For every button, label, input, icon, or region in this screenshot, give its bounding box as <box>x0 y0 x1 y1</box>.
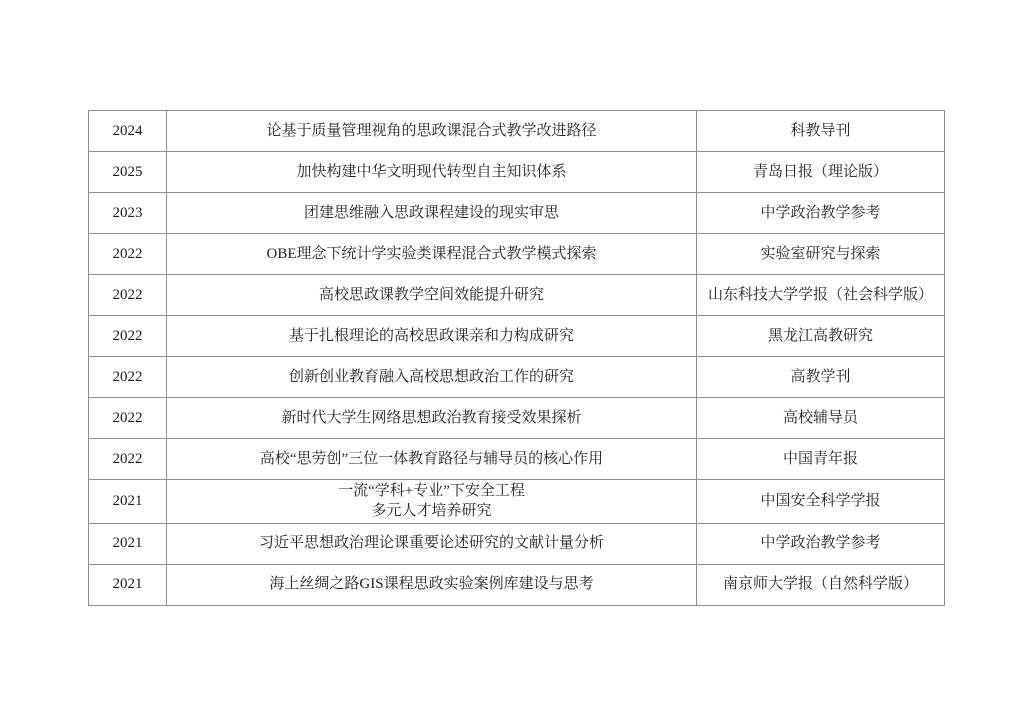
title-cell: 一流“学科+专业”下安全工程 多元人才培养研究 <box>167 480 697 524</box>
title-cell: 加快构建中华文明现代转型自主知识体系 <box>167 152 697 193</box>
table-row: 2022 高校“思劳创”三位一体教育路径与辅导员的核心作用 中国青年报 <box>89 439 945 480</box>
publications-table: 2024 论基于质量管理视角的思政课混合式教学改进路径 科教导刊 2025 加快… <box>88 110 945 606</box>
table-row: 2025 加快构建中华文明现代转型自主知识体系 青岛日报（理论版） <box>89 152 945 193</box>
year-cell: 2022 <box>89 234 167 275</box>
journal-cell: 南京师大学报（自然科学版） <box>697 564 945 605</box>
table-row: 2024 论基于质量管理视角的思政课混合式教学改进路径 科教导刊 <box>89 111 945 152</box>
journal-cell: 高教学刊 <box>697 357 945 398</box>
year-cell: 2025 <box>89 152 167 193</box>
table-body: 2024 论基于质量管理视角的思政课混合式教学改进路径 科教导刊 2025 加快… <box>89 111 945 606</box>
journal-cell: 中国安全科学学报 <box>697 480 945 524</box>
table-row: 2022 创新创业教育融入高校思想政治工作的研究 高教学刊 <box>89 357 945 398</box>
year-cell: 2021 <box>89 523 167 564</box>
table-row: 2022 新时代大学生网络思想政治教育接受效果探析 高校辅导员 <box>89 398 945 439</box>
year-cell: 2022 <box>89 439 167 480</box>
title-cell: 海上丝绸之路GIS课程思政实验案例库建设与思考 <box>167 564 697 605</box>
journal-cell: 科教导刊 <box>697 111 945 152</box>
publications-table-container: 2024 论基于质量管理视角的思政课混合式教学改进路径 科教导刊 2025 加快… <box>88 110 945 606</box>
journal-cell: 中国青年报 <box>697 439 945 480</box>
journal-cell: 黑龙江高教研究 <box>697 316 945 357</box>
year-cell: 2021 <box>89 564 167 605</box>
title-cell: 创新创业教育融入高校思想政治工作的研究 <box>167 357 697 398</box>
table-row: 2021 习近平思想政治理论课重要论述研究的文献计量分析 中学政治教学参考 <box>89 523 945 564</box>
journal-cell: 高校辅导员 <box>697 398 945 439</box>
year-cell: 2022 <box>89 357 167 398</box>
title-cell: 新时代大学生网络思想政治教育接受效果探析 <box>167 398 697 439</box>
title-cell: 高校思政课教学空间效能提升研究 <box>167 275 697 316</box>
journal-cell: 青岛日报（理论版） <box>697 152 945 193</box>
year-cell: 2024 <box>89 111 167 152</box>
title-cell: 习近平思想政治理论课重要论述研究的文献计量分析 <box>167 523 697 564</box>
title-cell: 团建思维融入思政课程建设的现实审思 <box>167 193 697 234</box>
title-cell: 论基于质量管理视角的思政课混合式教学改进路径 <box>167 111 697 152</box>
table-row: 2022 基于扎根理论的高校思政课亲和力构成研究 黑龙江高教研究 <box>89 316 945 357</box>
year-cell: 2022 <box>89 398 167 439</box>
table-row: 2021 海上丝绸之路GIS课程思政实验案例库建设与思考 南京师大学报（自然科学… <box>89 564 945 605</box>
journal-cell: 中学政治教学参考 <box>697 523 945 564</box>
title-cell: 基于扎根理论的高校思政课亲和力构成研究 <box>167 316 697 357</box>
journal-cell: 山东科技大学学报（社会科学版） <box>697 275 945 316</box>
title-cell: 高校“思劳创”三位一体教育路径与辅导员的核心作用 <box>167 439 697 480</box>
table-row: 2021 一流“学科+专业”下安全工程 多元人才培养研究 中国安全科学学报 <box>89 480 945 524</box>
year-cell: 2022 <box>89 275 167 316</box>
table-row: 2022 高校思政课教学空间效能提升研究 山东科技大学学报（社会科学版） <box>89 275 945 316</box>
year-cell: 2021 <box>89 480 167 524</box>
year-cell: 2022 <box>89 316 167 357</box>
document-page: 2024 论基于质量管理视角的思政课混合式教学改进路径 科教导刊 2025 加快… <box>0 0 1024 724</box>
title-cell: OBE理念下统计学实验类课程混合式教学模式探索 <box>167 234 697 275</box>
journal-cell: 实验室研究与探索 <box>697 234 945 275</box>
journal-cell: 中学政治教学参考 <box>697 193 945 234</box>
table-row: 2022 OBE理念下统计学实验类课程混合式教学模式探索 实验室研究与探索 <box>89 234 945 275</box>
table-row: 2023 团建思维融入思政课程建设的现实审思 中学政治教学参考 <box>89 193 945 234</box>
year-cell: 2023 <box>89 193 167 234</box>
